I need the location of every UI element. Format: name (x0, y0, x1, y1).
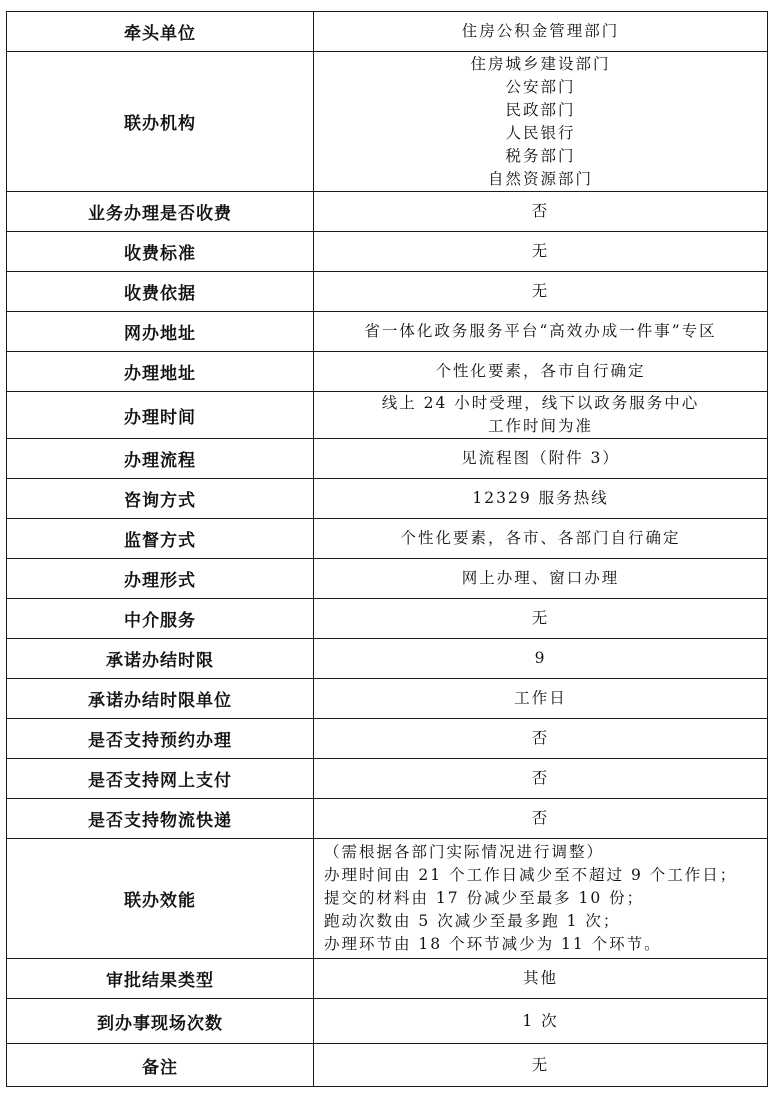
row-value: 线上 24 小时受理，线下以政务服务中心工作时间为准 (314, 392, 768, 439)
table-row: 业务办理是否收费否 (7, 192, 768, 232)
row-value: 省一体化政务服务平台“高效办成一件事”专区 (314, 312, 768, 352)
value-line: 1 次 (314, 1010, 767, 1033)
row-label: 是否支持网上支付 (7, 759, 314, 799)
table-row: 办理流程见流程图（附件 3） (7, 439, 768, 479)
table-row: 收费依据无 (7, 272, 768, 312)
row-label: 承诺办结时限 (7, 639, 314, 679)
row-label: 承诺办结时限单位 (7, 679, 314, 719)
value-line: 无 (314, 607, 767, 630)
value-line: 住房公积金管理部门 (314, 20, 767, 43)
row-value: 无 (314, 599, 768, 639)
row-value: 住房城乡建设部门公安部门民政部门人民银行税务部门自然资源部门 (314, 52, 768, 192)
value-line: 工作日 (314, 687, 767, 710)
row-value: 无 (314, 232, 768, 272)
row-value: （需根据各部门实际情况进行调整）办理时间由 21 个工作日减少至不超过 9 个工… (314, 839, 768, 959)
value-line: 网上办理、窗口办理 (314, 567, 767, 590)
row-label: 审批结果类型 (7, 959, 314, 999)
row-value: 住房公积金管理部门 (314, 12, 768, 52)
value-line: 9 (314, 647, 767, 670)
row-value: 否 (314, 799, 768, 839)
table-row: 是否支持网上支付否 (7, 759, 768, 799)
value-line: 否 (314, 767, 767, 790)
table-row: 收费标准无 (7, 232, 768, 272)
value-line: 办理时间由 21 个工作日减少至不超过 9 个工作日； (324, 864, 767, 887)
row-label: 监督方式 (7, 519, 314, 559)
value-line: 住房城乡建设部门 (314, 53, 767, 76)
table-row: 网办地址省一体化政务服务平台“高效办成一件事”专区 (7, 312, 768, 352)
table-row: 承诺办结时限单位工作日 (7, 679, 768, 719)
row-value: 工作日 (314, 679, 768, 719)
table-row: 承诺办结时限9 (7, 639, 768, 679)
row-label: 到办事现场次数 (7, 999, 314, 1044)
row-label: 办理形式 (7, 559, 314, 599)
row-value: 无 (314, 1044, 768, 1087)
row-label: 牵头单位 (7, 12, 314, 52)
row-value: 无 (314, 272, 768, 312)
table-row: 办理形式网上办理、窗口办理 (7, 559, 768, 599)
value-line: 否 (314, 727, 767, 750)
row-label: 是否支持预约办理 (7, 719, 314, 759)
row-value: 其他 (314, 959, 768, 999)
row-label: 办理地址 (7, 352, 314, 392)
value-line: 办理环节由 18 个环节减少为 11 个环节。 (324, 933, 767, 956)
row-value: 否 (314, 719, 768, 759)
value-line: 12329 服务热线 (314, 487, 767, 510)
table-row: 联办效能（需根据各部门实际情况进行调整）办理时间由 21 个工作日减少至不超过 … (7, 839, 768, 959)
row-label: 收费依据 (7, 272, 314, 312)
row-value: 见流程图（附件 3） (314, 439, 768, 479)
value-line: 个性化要素，各市、各部门自行确定 (314, 527, 767, 550)
row-value: 9 (314, 639, 768, 679)
value-line: 无 (314, 280, 767, 303)
table-row: 备注无 (7, 1044, 768, 1087)
value-line: 民政部门 (314, 99, 767, 122)
row-value: 否 (314, 759, 768, 799)
value-line: 税务部门 (314, 145, 767, 168)
row-label: 咨询方式 (7, 479, 314, 519)
value-line: 公安部门 (314, 76, 767, 99)
row-label: 联办机构 (7, 52, 314, 192)
row-value: 否 (314, 192, 768, 232)
row-label: 收费标准 (7, 232, 314, 272)
service-info-table: 牵头单位住房公积金管理部门联办机构住房城乡建设部门公安部门民政部门人民银行税务部… (6, 11, 768, 1087)
value-line: 自然资源部门 (314, 168, 767, 191)
value-line: 省一体化政务服务平台“高效办成一件事”专区 (314, 320, 767, 343)
value-line: 否 (314, 807, 767, 830)
row-label: 业务办理是否收费 (7, 192, 314, 232)
value-line: 其他 (314, 967, 767, 990)
row-value: 12329 服务热线 (314, 479, 768, 519)
table-row: 监督方式个性化要素，各市、各部门自行确定 (7, 519, 768, 559)
row-label: 办理时间 (7, 392, 314, 439)
value-line: 见流程图（附件 3） (314, 447, 767, 470)
value-line: 个性化要素，各市自行确定 (314, 360, 767, 383)
row-value: 网上办理、窗口办理 (314, 559, 768, 599)
row-value: 个性化要素，各市自行确定 (314, 352, 768, 392)
table-row: 是否支持预约办理否 (7, 719, 768, 759)
row-label: 办理流程 (7, 439, 314, 479)
row-value: 1 次 (314, 999, 768, 1044)
row-label: 是否支持物流快递 (7, 799, 314, 839)
table-row: 牵头单位住房公积金管理部门 (7, 12, 768, 52)
table-row: 是否支持物流快递否 (7, 799, 768, 839)
table-row: 咨询方式12329 服务热线 (7, 479, 768, 519)
table-row: 中介服务无 (7, 599, 768, 639)
value-line: 线上 24 小时受理，线下以政务服务中心 (314, 392, 767, 415)
table-row: 办理地址个性化要素，各市自行确定 (7, 352, 768, 392)
value-line: 无 (314, 1054, 767, 1077)
value-line: 无 (314, 240, 767, 263)
value-line: 工作时间为准 (314, 415, 767, 438)
row-label: 联办效能 (7, 839, 314, 959)
value-line: 人民银行 (314, 122, 767, 145)
value-line: 否 (314, 200, 767, 223)
table-row: 审批结果类型其他 (7, 959, 768, 999)
row-value: 个性化要素，各市、各部门自行确定 (314, 519, 768, 559)
row-label: 中介服务 (7, 599, 314, 639)
table-row: 到办事现场次数1 次 (7, 999, 768, 1044)
value-line: （需根据各部门实际情况进行调整） (324, 841, 767, 864)
table-row: 办理时间线上 24 小时受理，线下以政务服务中心工作时间为准 (7, 392, 768, 439)
value-line: 跑动次数由 5 次减少至最多跑 1 次； (324, 910, 767, 933)
table-body: 牵头单位住房公积金管理部门联办机构住房城乡建设部门公安部门民政部门人民银行税务部… (7, 12, 768, 1087)
table-row: 联办机构住房城乡建设部门公安部门民政部门人民银行税务部门自然资源部门 (7, 52, 768, 192)
row-label: 备注 (7, 1044, 314, 1087)
value-line: 提交的材料由 17 份减少至最多 10 份； (324, 887, 767, 910)
row-label: 网办地址 (7, 312, 314, 352)
